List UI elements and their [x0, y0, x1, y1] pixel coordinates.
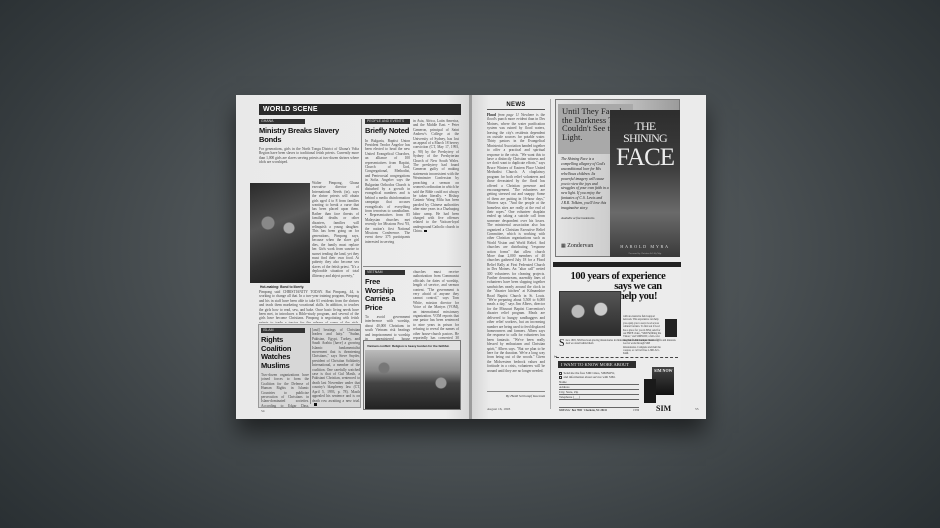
byline: By Heidi Schlumpf Kaczmik: [487, 394, 545, 398]
story-column: Walter Pimpong, Ghana executive director…: [312, 181, 359, 285]
coupon-form: Send me the free SIM video, SIMNOW, and …: [559, 371, 639, 400]
column-rule: [550, 99, 551, 409]
story-column-1: Two-dozen organizations have joined forc…: [261, 373, 309, 408]
story-briefly-noted: PEOPLE AND EVENTS Briefly Noted In Bulga…: [365, 119, 410, 264]
story-headline: Briefly Noted: [365, 127, 410, 136]
story-tag: GHANA: [259, 119, 305, 124]
ad-body: Since 1893, SIM has been placing mission…: [559, 339, 677, 348]
photo-vietnam-box: Vietnam conflict: Religion is heavy burd…: [363, 340, 461, 410]
coupon-title: I WANT TO KNOW MORE ABOUT SIM: [558, 361, 636, 368]
checkbox[interactable]: [559, 376, 562, 379]
ad-sim: 100 years of experience says we can help…: [553, 262, 681, 412]
page-number: 55: [695, 407, 699, 411]
photo-vietnam: [365, 350, 460, 410]
ad-shining-face: Until They Faced the Darkness They Could…: [555, 99, 680, 257]
left-page: WORLD SCENE GHANA Ministry Breaks Slaver…: [236, 95, 470, 419]
story-tag: VIETNAM: [365, 270, 405, 275]
story-islam: ISLAM Rights CoalitionWatches Muslims Tw…: [261, 328, 309, 408]
ad-body: The Shining Face is a compelling allegor…: [561, 157, 609, 221]
page-number: 54: [261, 409, 265, 413]
scissors-icon: ✂: [554, 354, 557, 359]
story-headline: Rights CoalitionWatches Muslims: [261, 336, 309, 370]
story-column-2: [and] beatings of Christian leaders and …: [312, 328, 360, 406]
ad-side-text: with an extensive field support network.…: [623, 315, 663, 356]
publisher-logo: ▦ Zondervan: [561, 243, 593, 249]
story-flood-bottom: More than 2,000 members of 40 churches g…: [487, 254, 545, 389]
section-title-world-scene: WORLD SCENE: [259, 104, 461, 115]
section-rule: [363, 266, 461, 267]
story-column-2: in Asia, Africa, Latin America, and the …: [413, 119, 459, 264]
video-cassette: [644, 379, 656, 403]
story-column-1: In Bulgaria, Baptist Union President Teo…: [365, 139, 410, 245]
book-title: THE SHINING FACE: [614, 120, 676, 172]
response-coupon[interactable]: ✂ I WANT TO KNOW MORE ABOUT SIM Send me …: [556, 357, 678, 414]
date-line: August 16, 1993: [487, 407, 510, 411]
coupon-address: SIM USA · Box 7900 · Charlotte, NC 28241…: [559, 407, 639, 412]
photo-caption: Hot-making: Bond to liberty.: [260, 285, 304, 289]
story-flood-top: Flood from page 11 Nowhere is the flood'…: [487, 113, 545, 253]
column-rule: [361, 119, 362, 323]
sim-logo: SIM: [656, 404, 671, 413]
book-cover: THE SHINING FACE HAROLD MYRA Foreword by…: [610, 110, 680, 257]
book-author: HAROLD MYRA: [610, 244, 680, 249]
photo-ghana-girls: [250, 183, 310, 283]
story-tag: PEOPLE AND EVENTS: [365, 119, 410, 124]
story-headline: Ministry Breaks Slavery Bonds: [259, 127, 359, 144]
story-tag: ISLAM: [261, 328, 305, 333]
byline-rule: [487, 391, 545, 392]
photo-caption: Vietnam conflict: Religion is heavy burd…: [367, 344, 459, 348]
sim-emblem-icon: [665, 319, 677, 337]
story-headline: Free WorshipCarries a Price: [365, 278, 410, 312]
book-subtitle: Foreword by Christian & Lilly Mgr: [610, 253, 680, 255]
section-title-news: NEWS: [487, 102, 545, 110]
story-islam-box: ISLAM Rights CoalitionWatches Muslims Tw…: [258, 324, 361, 408]
story-lede: For generations, girls in the North Tong…: [259, 147, 359, 165]
story-continued: Pimpong said CHRISTIANITY TODAY. But Pim…: [259, 290, 359, 323]
video-cassettes: SIM NOW: [644, 367, 676, 403]
column-rule: [310, 328, 311, 404]
magazine-spread: WORLD SCENE GHANA Ministry Breaks Slaver…: [236, 95, 706, 419]
ad-photo-missionaries: [559, 291, 621, 336]
right-page: NEWS Flood from page 11 Nowhere is the f…: [472, 95, 706, 419]
coupon-field-telephone[interactable]: Telephone (___): [559, 395, 639, 400]
